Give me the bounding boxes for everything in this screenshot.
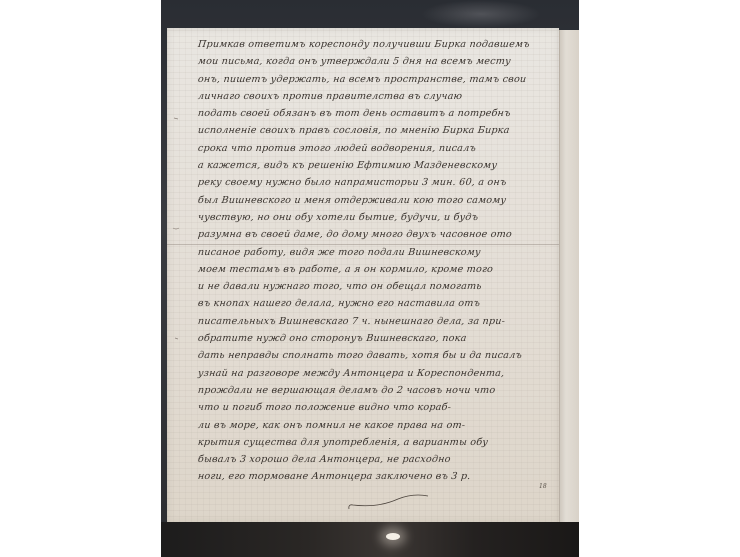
text-line: разумна въ своей даме, до дому много дву… — [197, 226, 559, 243]
text-line: что и погиб того положение видно что кор… — [197, 399, 559, 416]
text-line: бывалъ 3 хорошо дела Антонцера, не расхо… — [197, 451, 559, 468]
text-line: мои письма, когда онъ утверждали 5 дня н… — [197, 53, 559, 70]
adjacent-page-edge — [559, 30, 579, 523]
manuscript-page: Примкав ответимъ кореспонду получивши Би… — [167, 28, 559, 523]
signature-flourish — [347, 491, 437, 513]
margin-marks — [171, 108, 183, 408]
text-line: ли въ море, как онъ помнил не какое прав… — [197, 417, 559, 434]
text-line: прождали не вершающая деламъ до 2 часовъ… — [197, 382, 559, 399]
text-line: узнай на разговоре между Антонцера и Кор… — [197, 365, 559, 382]
text-line: срока что против этого людей водворения,… — [197, 140, 559, 157]
text-line: крытия существа для употребленія, а вари… — [197, 434, 559, 451]
manuscript-photo: Примкав ответимъ кореспонду получивши Би… — [161, 0, 579, 557]
text-line: а кажется, видъ къ решенію Ефтимию Мазде… — [197, 157, 559, 174]
text-line: личнаго своихъ против правителства въ сл… — [197, 88, 559, 105]
light-glare-bottom — [386, 533, 400, 540]
text-line: моем тестамъ въ работе, а я он кормило, … — [197, 261, 559, 278]
text-line: реку своему нужно было напрамисторьи 3 м… — [197, 174, 559, 191]
text-line: онъ, пишетъ удержать, на всемъ пространс… — [197, 71, 559, 88]
text-line: Примкав ответимъ кореспонду получивши Би… — [197, 36, 559, 53]
text-line: дать неправды сполнать того давать, хотя… — [197, 347, 559, 364]
image-viewer: Примкав ответимъ кореспонду получивши Би… — [0, 0, 740, 557]
text-line: писаное работу, видя же того подали Вишн… — [197, 244, 559, 261]
text-line: ноги, его тормоване Антонцера заключено … — [197, 468, 559, 485]
text-line: чувствую, но они обу хотели бытие, будуч… — [197, 209, 559, 226]
text-line: въ кнопах нашего делала, нужно его наста… — [197, 295, 559, 312]
dark-background-bottom — [161, 522, 579, 557]
marginal-number: 18 — [539, 483, 547, 490]
text-line: писательныхъ Вишневскаго 7 ч. нынешнаго … — [197, 313, 559, 330]
text-line: подать своей обязанъ въ тот день оставит… — [197, 105, 559, 122]
text-line: исполненіе своихъ правъ сословія, по мне… — [197, 122, 559, 139]
light-glare-top — [421, 0, 541, 28]
handwritten-text-block: Примкав ответимъ кореспонду получивши Би… — [197, 36, 557, 486]
text-line: был Вишневского и меня отдерживали кою т… — [197, 192, 559, 209]
text-line: обратите нужд оно сторонуъ Вишневскаго, … — [197, 330, 559, 347]
text-line: и не давали нужнаго того, что он обещал … — [197, 278, 559, 295]
